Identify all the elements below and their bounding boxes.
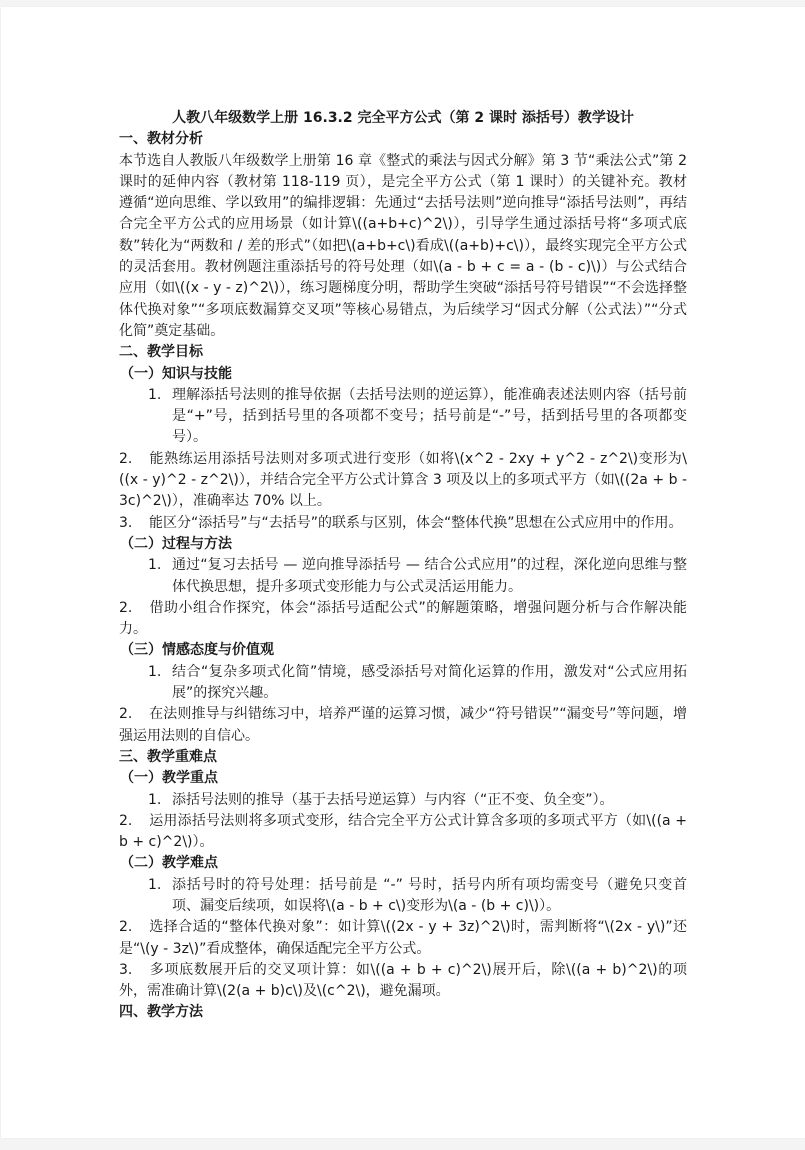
subsection-heading-process-methods: （二）过程与方法	[119, 534, 687, 555]
list-item: 2.运用添括号法则将多项式变形，结合完全平方公式计算含多项的多项式平方（如\((…	[119, 811, 687, 854]
list-text: 通过“复习去括号 — 逆向推导添括号 — 结合公式应用”的过程，深化逆向思维与整…	[172, 557, 687, 594]
list-number: 1.	[148, 385, 161, 406]
list-item: 1. 通过“复习去括号 — 逆向推导添括号 — 结合公式应用”的过程，深化逆向思…	[119, 555, 687, 598]
list-item: 1. 理解添括号法则的推导依据（去括号法则的逆运算），能准确表述法则内容（括号前…	[119, 385, 687, 449]
paragraph-textbook-analysis: 本节选自人教版八年级数学上册第 16 章《整式的乘法与因式分解》第 3 节“乘法…	[119, 151, 687, 343]
list-item: 2.在法则推导与纠错练习中，培养严谨的运算习惯，减少“符号错误”“漏变号”等问题…	[119, 704, 687, 747]
list-number: 2.	[119, 704, 149, 725]
list-item: 3.多项底数展开后的交叉项计算：如\((a + b + c)^2\)展开后，除\…	[119, 960, 687, 1003]
subsection-heading-difficult-points: （二）教学难点	[119, 853, 687, 874]
list-item: 2.借助小组合作探究，体会“添括号适配公式”的解题策略，增强问题分析与合作解决能…	[119, 598, 687, 641]
list-number: 2.	[119, 449, 149, 470]
list-number: 1.	[148, 790, 161, 811]
section-heading-key-difficult-points: 三、教学重难点	[119, 747, 687, 768]
list-number: 1.	[148, 875, 161, 896]
document-content: 人教八年级数学上册 16.3.2 完全平方公式（第 2 课时 添括号）教学设计 …	[119, 108, 687, 1024]
list-item: 2.选择合适的“整体代换对象”：如计算\((2x - y + 3z)^2\)时，…	[119, 917, 687, 960]
list-item: 3.能区分“添括号”与“去括号”的联系与区别，体会“整体代换”思想在公式应用中的…	[119, 513, 687, 534]
list-item: 1. 结合“复杂多项式化简”情境，感受添括号对简化运算的作用，激发对“公式应用拓…	[119, 662, 687, 705]
list-text: 理解添括号法则的推导依据（去括号法则的逆运算），能准确表述法则内容（括号前是“+…	[172, 387, 687, 446]
list-text: 借助小组合作探究，体会“添括号适配公式”的解题策略，增强问题分析与合作解决能力。	[119, 600, 687, 637]
list-text: 能熟练运用添括号法则对多项式进行变形（如将\(x^2 - 2xy + y^2 -…	[119, 451, 687, 510]
list-text: 选择合适的“整体代换对象”：如计算\((2x - y + 3z)^2\)时，需判…	[119, 919, 687, 956]
subsection-heading-knowledge-skills: （一）知识与技能	[119, 364, 687, 385]
list-text: 多项底数展开后的交叉项计算：如\((a + b + c)^2\)展开后，除\((…	[119, 962, 687, 999]
list-number: 2.	[119, 598, 149, 619]
list-text: 添括号时的符号处理：括号前是 “-” 号时，括号内所有项均需变号（避免只变首项、…	[172, 877, 687, 914]
list-text: 结合“复杂多项式化简”情境，感受添括号对简化运算的作用，激发对“公式应用拓展”的…	[172, 664, 687, 701]
list-number: 1.	[148, 662, 161, 683]
document-title: 人教八年级数学上册 16.3.2 完全平方公式（第 2 课时 添括号）教学设计	[119, 108, 687, 129]
subsection-heading-attitudes-values: （三）情感态度与价值观	[119, 640, 687, 661]
list-number: 3.	[119, 960, 149, 981]
list-number: 3.	[119, 513, 149, 534]
list-item: 2.能熟练运用添括号法则对多项式进行变形（如将\(x^2 - 2xy + y^2…	[119, 449, 687, 513]
list-text: 在法则推导与纠错练习中，培养严谨的运算习惯，减少“符号错误”“漏变号”等问题，增…	[119, 706, 687, 743]
section-heading-teaching-methods: 四、教学方法	[119, 1002, 687, 1023]
list-text: 添括号法则的推导（基于去括号逆运算）与内容（“正不变、负全变”）。	[172, 792, 614, 808]
section-heading-textbook-analysis: 一、教材分析	[119, 129, 687, 150]
list-number: 2.	[119, 917, 149, 938]
list-item: 1. 添括号时的符号处理：括号前是 “-” 号时，括号内所有项均需变号（避免只变…	[119, 875, 687, 918]
document-page: 人教八年级数学上册 16.3.2 完全平方公式（第 2 课时 添括号）教学设计 …	[1, 7, 805, 1138]
list-item: 1. 添括号法则的推导（基于去括号逆运算）与内容（“正不变、负全变”）。	[119, 790, 687, 811]
subsection-heading-key-points: （一）教学重点	[119, 768, 687, 789]
list-number: 2.	[119, 811, 149, 832]
list-number: 1.	[148, 555, 161, 576]
section-heading-teaching-objectives: 二、教学目标	[119, 342, 687, 363]
list-text: 能区分“添括号”与“去括号”的联系与区别，体会“整体代换”思想在公式应用中的作用…	[149, 515, 683, 531]
list-text: 运用添括号法则将多项式变形，结合完全平方公式计算含多项的多项式平方（如\((a …	[119, 813, 687, 850]
